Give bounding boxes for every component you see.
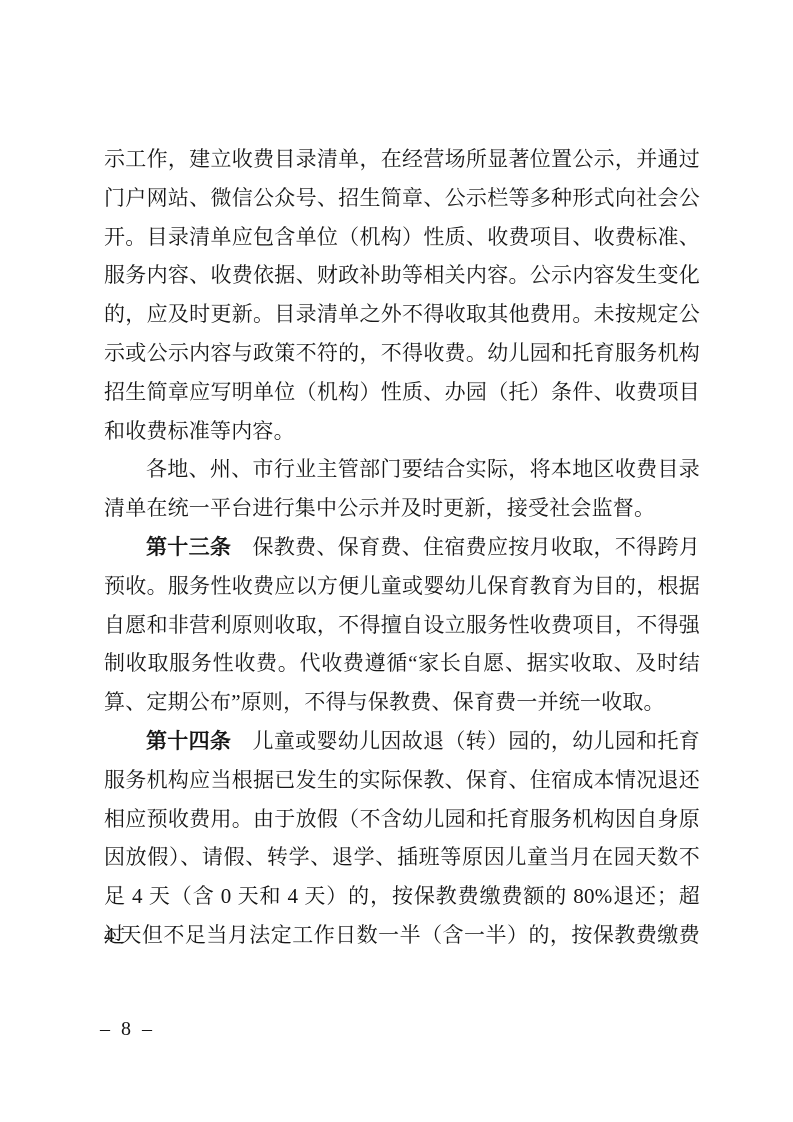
text-line: 开。目录清单应包含单位（机构）性质、收费项目、收费标准、 <box>104 218 700 257</box>
text-line: 4 天但不足当月法定工作日数一半（含一半）的，按保教费缴费 <box>104 916 700 955</box>
text-line: 示或公示内容与政策不符的，不得收费。幼儿园和托育服务机构 <box>104 334 700 373</box>
document-page: 示工作，建立收费目录清单，在经营场所显著位置公示，并通过 门户网站、微信公众号、… <box>0 0 793 1122</box>
line-text: 儿童或婴幼儿因故退（转）园的，幼儿园和托育 <box>231 729 700 753</box>
text-line: 相应预收费用。由于放假（不含幼儿园和托育服务机构因自身原 <box>104 800 700 839</box>
text-line: 因放假）、请假、转学、退学、插班等原因儿童当月在园天数不 <box>104 838 700 877</box>
text-line: 和收费标准等内容。 <box>104 412 700 451</box>
text-line: 各地、州、市行业主管部门要结合实际，将本地区收费目录 <box>104 450 700 489</box>
text-line: 招生简章应写明单位（机构）性质、办园（托）条件、收费项目 <box>104 373 700 412</box>
text-line: 自愿和非营利原则收取，不得擅自设立服务性收费项目，不得强 <box>104 606 700 645</box>
text-line: 的，应及时更新。目录清单之外不得收取其他费用。未按规定公 <box>104 295 700 334</box>
text-line: 清单在统一平台进行集中公示并及时更新，接受社会监督。 <box>104 489 700 528</box>
page-number: – 8 – <box>100 1014 155 1044</box>
clause-14-heading: 第十四条 <box>146 729 231 753</box>
text-line-clause-13: 第十三条 保教费、保育费、住宿费应按月收取，不得跨月 <box>104 528 700 567</box>
text-line: 算、定期公布”原则，不得与保教费、保育费一并统一收取。 <box>104 683 700 722</box>
text-line: 足 4 天（含 0 天和 4 天）的，按保教费缴费额的 80%退还；超过 <box>104 877 700 916</box>
line-text: 保教费、保育费、住宿费应按月收取，不得跨月 <box>231 535 700 559</box>
text-line: 服务机构应当根据已发生的实际保教、保育、住宿成本情况退还 <box>104 761 700 800</box>
text-line: 服务内容、收费依据、财政补助等相关内容。公示内容发生变化 <box>104 256 700 295</box>
body-text-block: 示工作，建立收费目录清单，在经营场所显著位置公示，并通过 门户网站、微信公众号、… <box>104 140 700 955</box>
text-line-clause-14: 第十四条 儿童或婴幼儿因故退（转）园的，幼儿园和托育 <box>104 722 700 761</box>
clause-13-heading: 第十三条 <box>146 535 231 559</box>
text-line: 预收。服务性收费应以方便儿童或婴幼儿保育教育为目的，根据 <box>104 567 700 606</box>
text-line: 门户网站、微信公众号、招生简章、公示栏等多种形式向社会公 <box>104 179 700 218</box>
text-line: 示工作，建立收费目录清单，在经营场所显著位置公示，并通过 <box>104 140 700 179</box>
text-line: 制收取服务性收费。代收费遵循“家长自愿、据实收取、及时结 <box>104 644 700 683</box>
